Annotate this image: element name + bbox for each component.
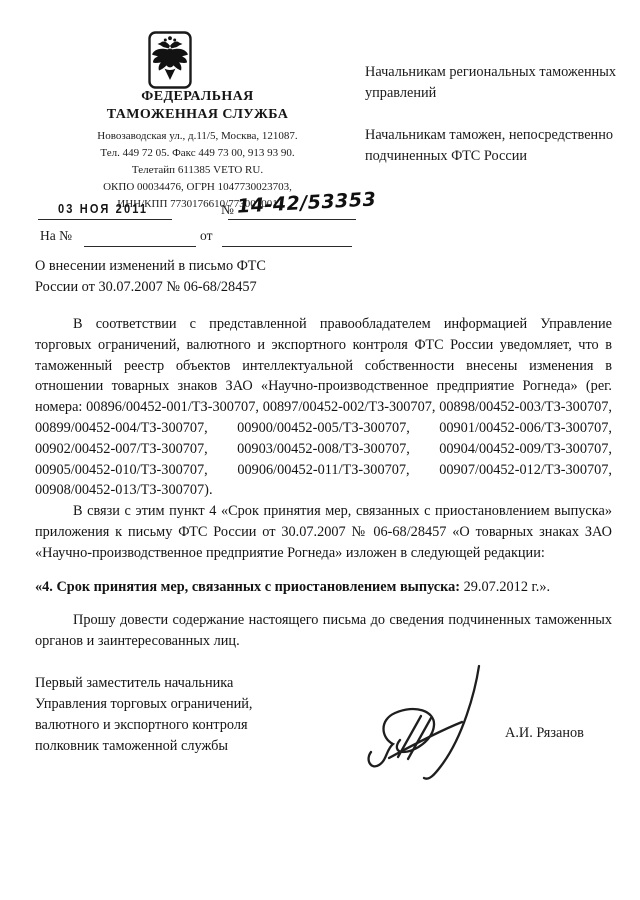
address-line: Новозаводская ул., д.11/5, Москва, 12108… <box>35 128 360 145</box>
amended-clause: «4. Срок принятия мер, связанных с приос… <box>35 577 612 598</box>
number-sign: № <box>221 202 234 218</box>
org-title-line2: ТАМОЖЕННАЯ СЛУЖБА <box>35 106 360 124</box>
date-stamp: 03 НОЯ 2011 <box>58 201 148 216</box>
double-headed-eagle-icon <box>148 31 192 90</box>
handwritten-signature-icon <box>365 662 495 784</box>
reply-number-blank <box>84 246 196 247</box>
body-paragraph-3: Прошу довести содержание настоящего пись… <box>35 610 612 652</box>
signer-position-line: Первый заместитель начальника <box>35 673 325 694</box>
signer-position-line: полковник таможенной службы <box>35 736 325 757</box>
signer-position: Первый заместитель начальника Управления… <box>35 673 325 757</box>
date-underline <box>38 219 172 220</box>
subject-line1: О внесении изменений в письмо ФТС <box>35 256 345 277</box>
address-line: Тел. 449 72 05. Факс 449 73 00, 913 93 9… <box>35 145 360 162</box>
org-title: ФЕДЕРАЛЬНАЯ ТАМОЖЕННАЯ СЛУЖБА <box>35 88 360 124</box>
signer-position-line: валютного и экспортного контроля <box>35 715 325 736</box>
letter-body: В соответствии с представленной правообл… <box>35 314 612 652</box>
signer-name: А.И. Рязанов <box>505 725 584 742</box>
recipient-regional-directorates: Начальникам региональных таможенных упра… <box>365 62 620 104</box>
body-paragraph-1: В соответствии с представленной правообл… <box>35 314 612 501</box>
amended-clause-date: 29.07.2012 г.». <box>460 579 550 595</box>
number-underline <box>228 219 356 220</box>
subject-line2: России от 30.07.2007 № 06-68/28457 <box>35 277 345 298</box>
address-line: Телетайп 611385 VETO RU. <box>35 162 360 179</box>
official-letter-page: ФЕДЕРАЛЬНАЯ ТАМОЖЕННАЯ СЛУЖБА Новозаводс… <box>0 0 640 900</box>
reply-date-blank <box>222 246 352 247</box>
body-paragraph-2: В связи с этим пункт 4 «Срок принятия ме… <box>35 501 612 563</box>
letter-subject: О внесении изменений в письмо ФТС России… <box>35 256 345 298</box>
amended-clause-bold: «4. Срок принятия мер, связанных с приос… <box>35 579 460 595</box>
reply-from-label: от <box>200 228 212 244</box>
recipient-customs-heads: Начальникам таможен, непосредственно под… <box>365 125 620 167</box>
org-title-line1: ФЕДЕРАЛЬНАЯ <box>35 88 360 106</box>
reply-number-label: На № <box>40 228 72 244</box>
signer-position-line: Управления торговых ограничений, <box>35 694 325 715</box>
